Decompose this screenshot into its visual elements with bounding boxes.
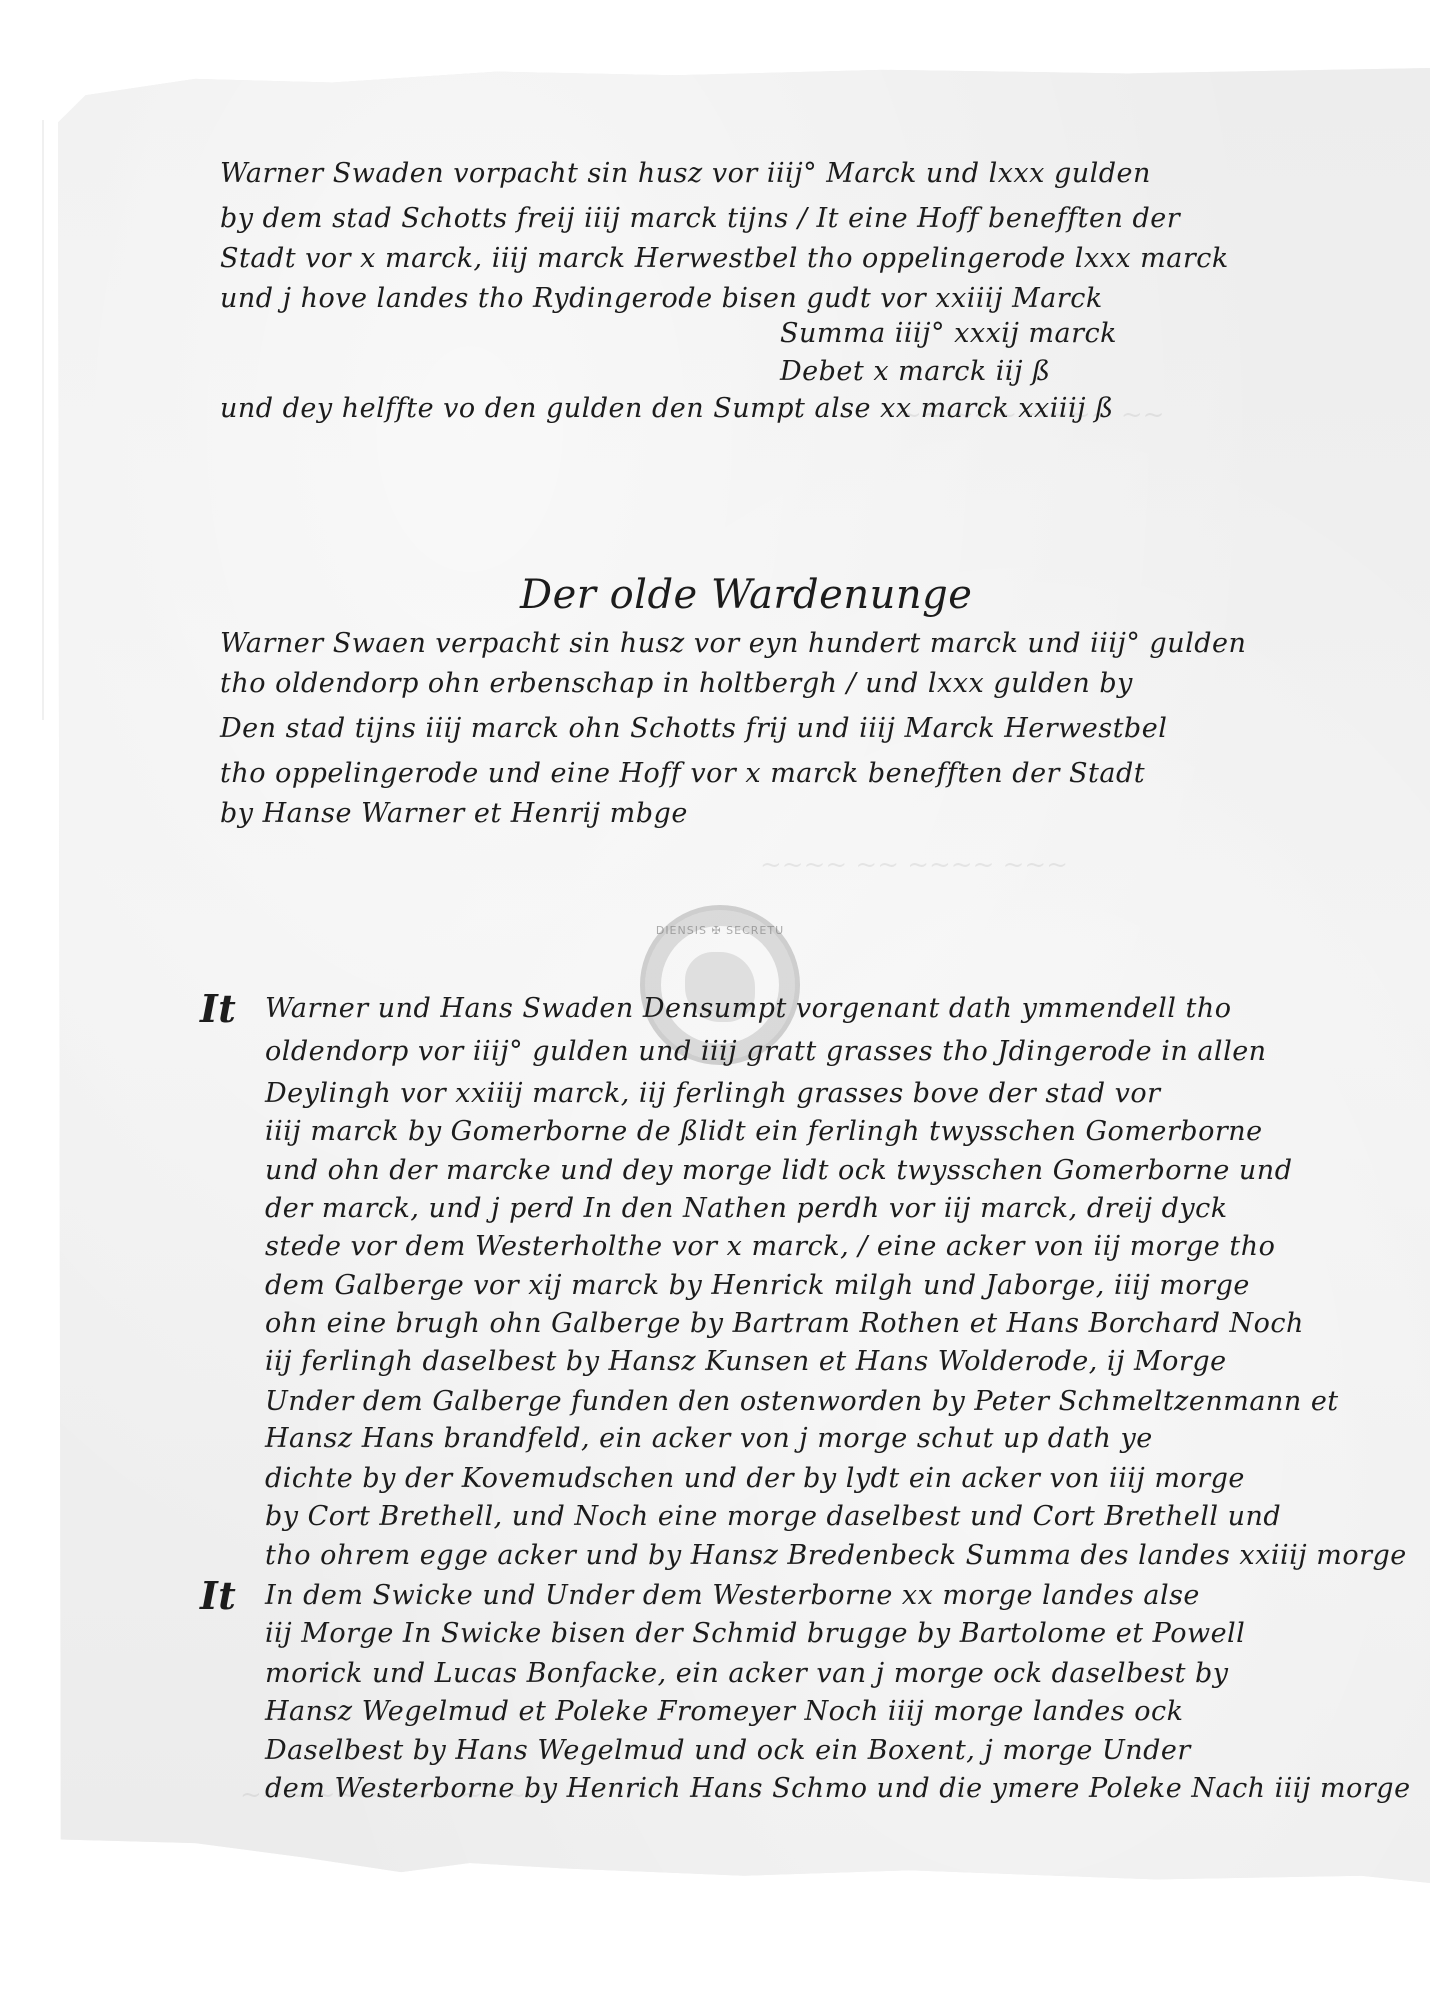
text-line: Warner Swaen verpacht sin husz vor eyn h… <box>220 630 1246 657</box>
margin-item-mark: It <box>200 1577 236 1615</box>
text-line: und j hove landes tho Rydingerode bisen … <box>220 285 1103 312</box>
text-line: by Hanse Warner et Henrij mbge <box>220 800 688 827</box>
text-line: tho oppelingerode und eine Hoff vor x ma… <box>220 760 1145 787</box>
text-line: der marck, und j perd In den Nathen perd… <box>265 1195 1228 1222</box>
text-line: Under dem Galberge funden den ostenworde… <box>265 1388 1339 1415</box>
text-line: dichte by der Kovemudschen und der by ly… <box>265 1465 1245 1492</box>
text-line: iij Morge In Swicke bisen der Schmid bru… <box>265 1620 1245 1647</box>
sum-line: Summa iiij° xxxij marck <box>780 320 1117 347</box>
text-line: Stadt vor x marck, iiij marck Herwestbel… <box>220 245 1229 272</box>
text-line: Den stad tijns iiij marck ohn Schotts fr… <box>220 715 1167 742</box>
paper-fold <box>42 120 44 720</box>
text-line: tho ohrem egge acker und by Hansz Breden… <box>265 1542 1407 1569</box>
text-line: tho oldendorp ohn erbenschap in holtberg… <box>220 670 1133 697</box>
text-line: dem Galberge vor xij marck by Henrick mi… <box>265 1272 1250 1299</box>
margin-item-mark: It <box>200 990 236 1028</box>
text-line: by dem stad Schotts freij iiij marck tij… <box>220 205 1180 232</box>
text-line: In dem Swicke und Under dem Westerborne … <box>265 1582 1200 1609</box>
section-heading: Der olde Wardenunge <box>520 575 972 615</box>
text-line: Deylingh vor xxiiij marck, iij ferlingh … <box>265 1080 1161 1107</box>
text-line: und ohn der marcke und dey morge lidt oc… <box>265 1157 1292 1184</box>
text-line: iiij marck by Gomerborne de ßlidt ein fe… <box>265 1118 1263 1145</box>
text-line: iij ferlingh daselbest by Hansz Kunsen e… <box>265 1348 1227 1375</box>
text-line: Daselbest by Hans Wegelmud und ock ein B… <box>265 1737 1191 1764</box>
text-line: Hansz Wegelmud et Poleke Fromeyer Noch i… <box>265 1698 1183 1725</box>
text-line: oldendorp vor iiij° gulden und iiij grat… <box>265 1038 1267 1065</box>
text-line: Warner und Hans Swaden Densumpt vorgenan… <box>265 995 1232 1022</box>
text-line: ohn eine brugh ohn Galberge by Bartram R… <box>265 1310 1304 1337</box>
text-line: dem Westerborne by Henrich Hans Schmo un… <box>265 1775 1411 1802</box>
text-line: morick und Lucas Bonfacke, ein acker van… <box>265 1660 1229 1687</box>
text-line: by Cort Brethell, und Noch eine morge da… <box>265 1503 1281 1530</box>
text-line: stede vor dem Westerholthe vor x marck, … <box>265 1233 1275 1260</box>
text-line: Warner Swaden vorpacht sin husz vor iiij… <box>220 160 1151 187</box>
seal-text: DIENSIS ✠ SECRETU <box>645 924 795 937</box>
text-line: und dey helffte vo den gulden den Sumpt … <box>220 395 1114 422</box>
debet-line: Debet x marck iij ß <box>780 358 1051 385</box>
text-line: Hansz Hans brandfeld, ein acker von j mo… <box>265 1425 1153 1452</box>
bleed-through: ~~~~ ~~ ~~~~ ~~~ <box>760 850 1068 880</box>
